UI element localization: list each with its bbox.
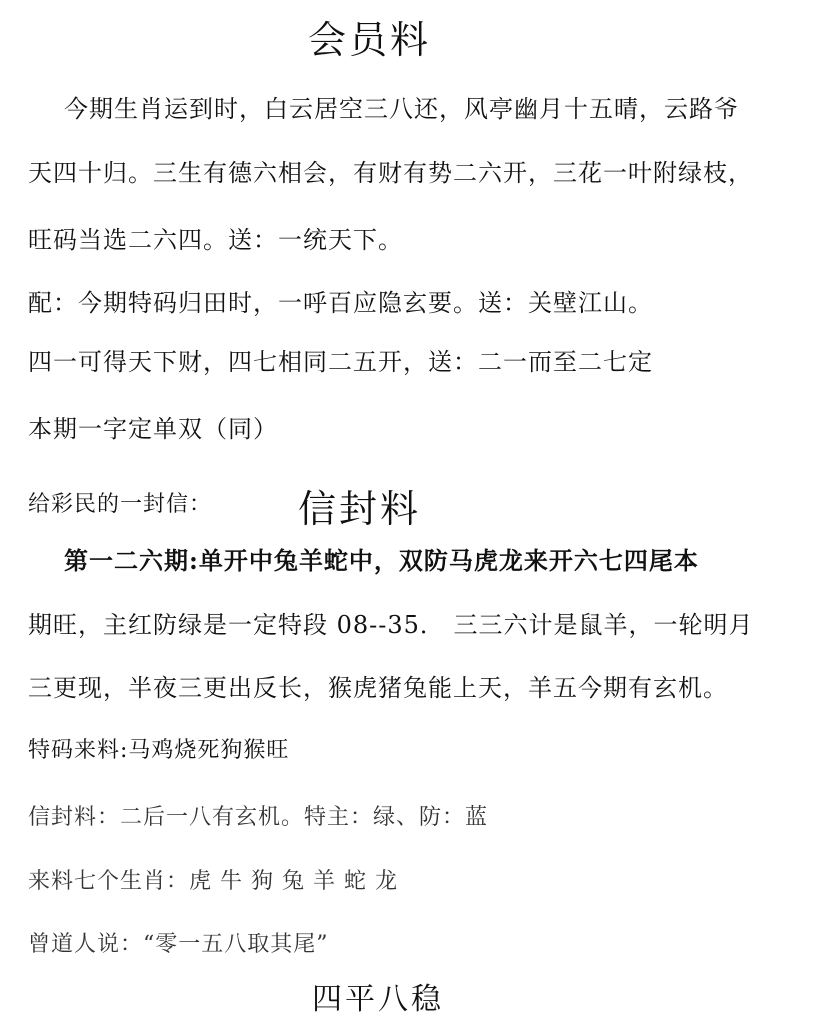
section-title-member: 会员料 <box>308 18 431 62</box>
text-line: 旺码当选二六四。送：一统天下。 <box>28 225 403 255</box>
text-line: 特码来料:马鸡烧死狗猴旺 <box>28 736 289 766</box>
text-line: 信封料：二后一八有玄机。特主：绿、防：蓝 <box>28 803 488 833</box>
text-line: 本期一字定单双（同） <box>28 414 278 444</box>
text-line: 配：今期特码归田时，一呼百应隐玄要。送：关壁江山。 <box>28 288 653 318</box>
text-line: 曾道人说：“零一五八取其尾” <box>28 930 329 960</box>
text-line: 三更现，半夜三更出反长，猴虎猪兔能上天，羊五今期有玄机。 <box>28 673 728 703</box>
section-title-envelope: 信封料 <box>298 487 421 531</box>
text-line: 第一二六期:单开中兔羊蛇中，双防马虎龙来开六七四尾本 <box>64 546 699 576</box>
text-line: 天四十归。三生有德六相会，有财有势二六开，三花一叶附绿枝， <box>28 158 753 188</box>
footer-title: 四平八稳 <box>312 982 444 1018</box>
text-line: 四一可得天下财，四七相同二五开，送：二一而至二七定 <box>28 347 653 377</box>
text-line: 今期生肖运到时，白云居空三八还，风亭幽月十五晴，云路爷 <box>64 94 739 124</box>
letter-label: 给彩民的一封信： <box>28 490 212 520</box>
text-line: 期旺，主红防绿是一定特段 08--35． 三三六计是鼠羊，一轮明月 <box>28 610 754 640</box>
text-line: 来料七个生肖：虎 牛 狗 兔 羊 蛇 龙 <box>28 867 398 897</box>
